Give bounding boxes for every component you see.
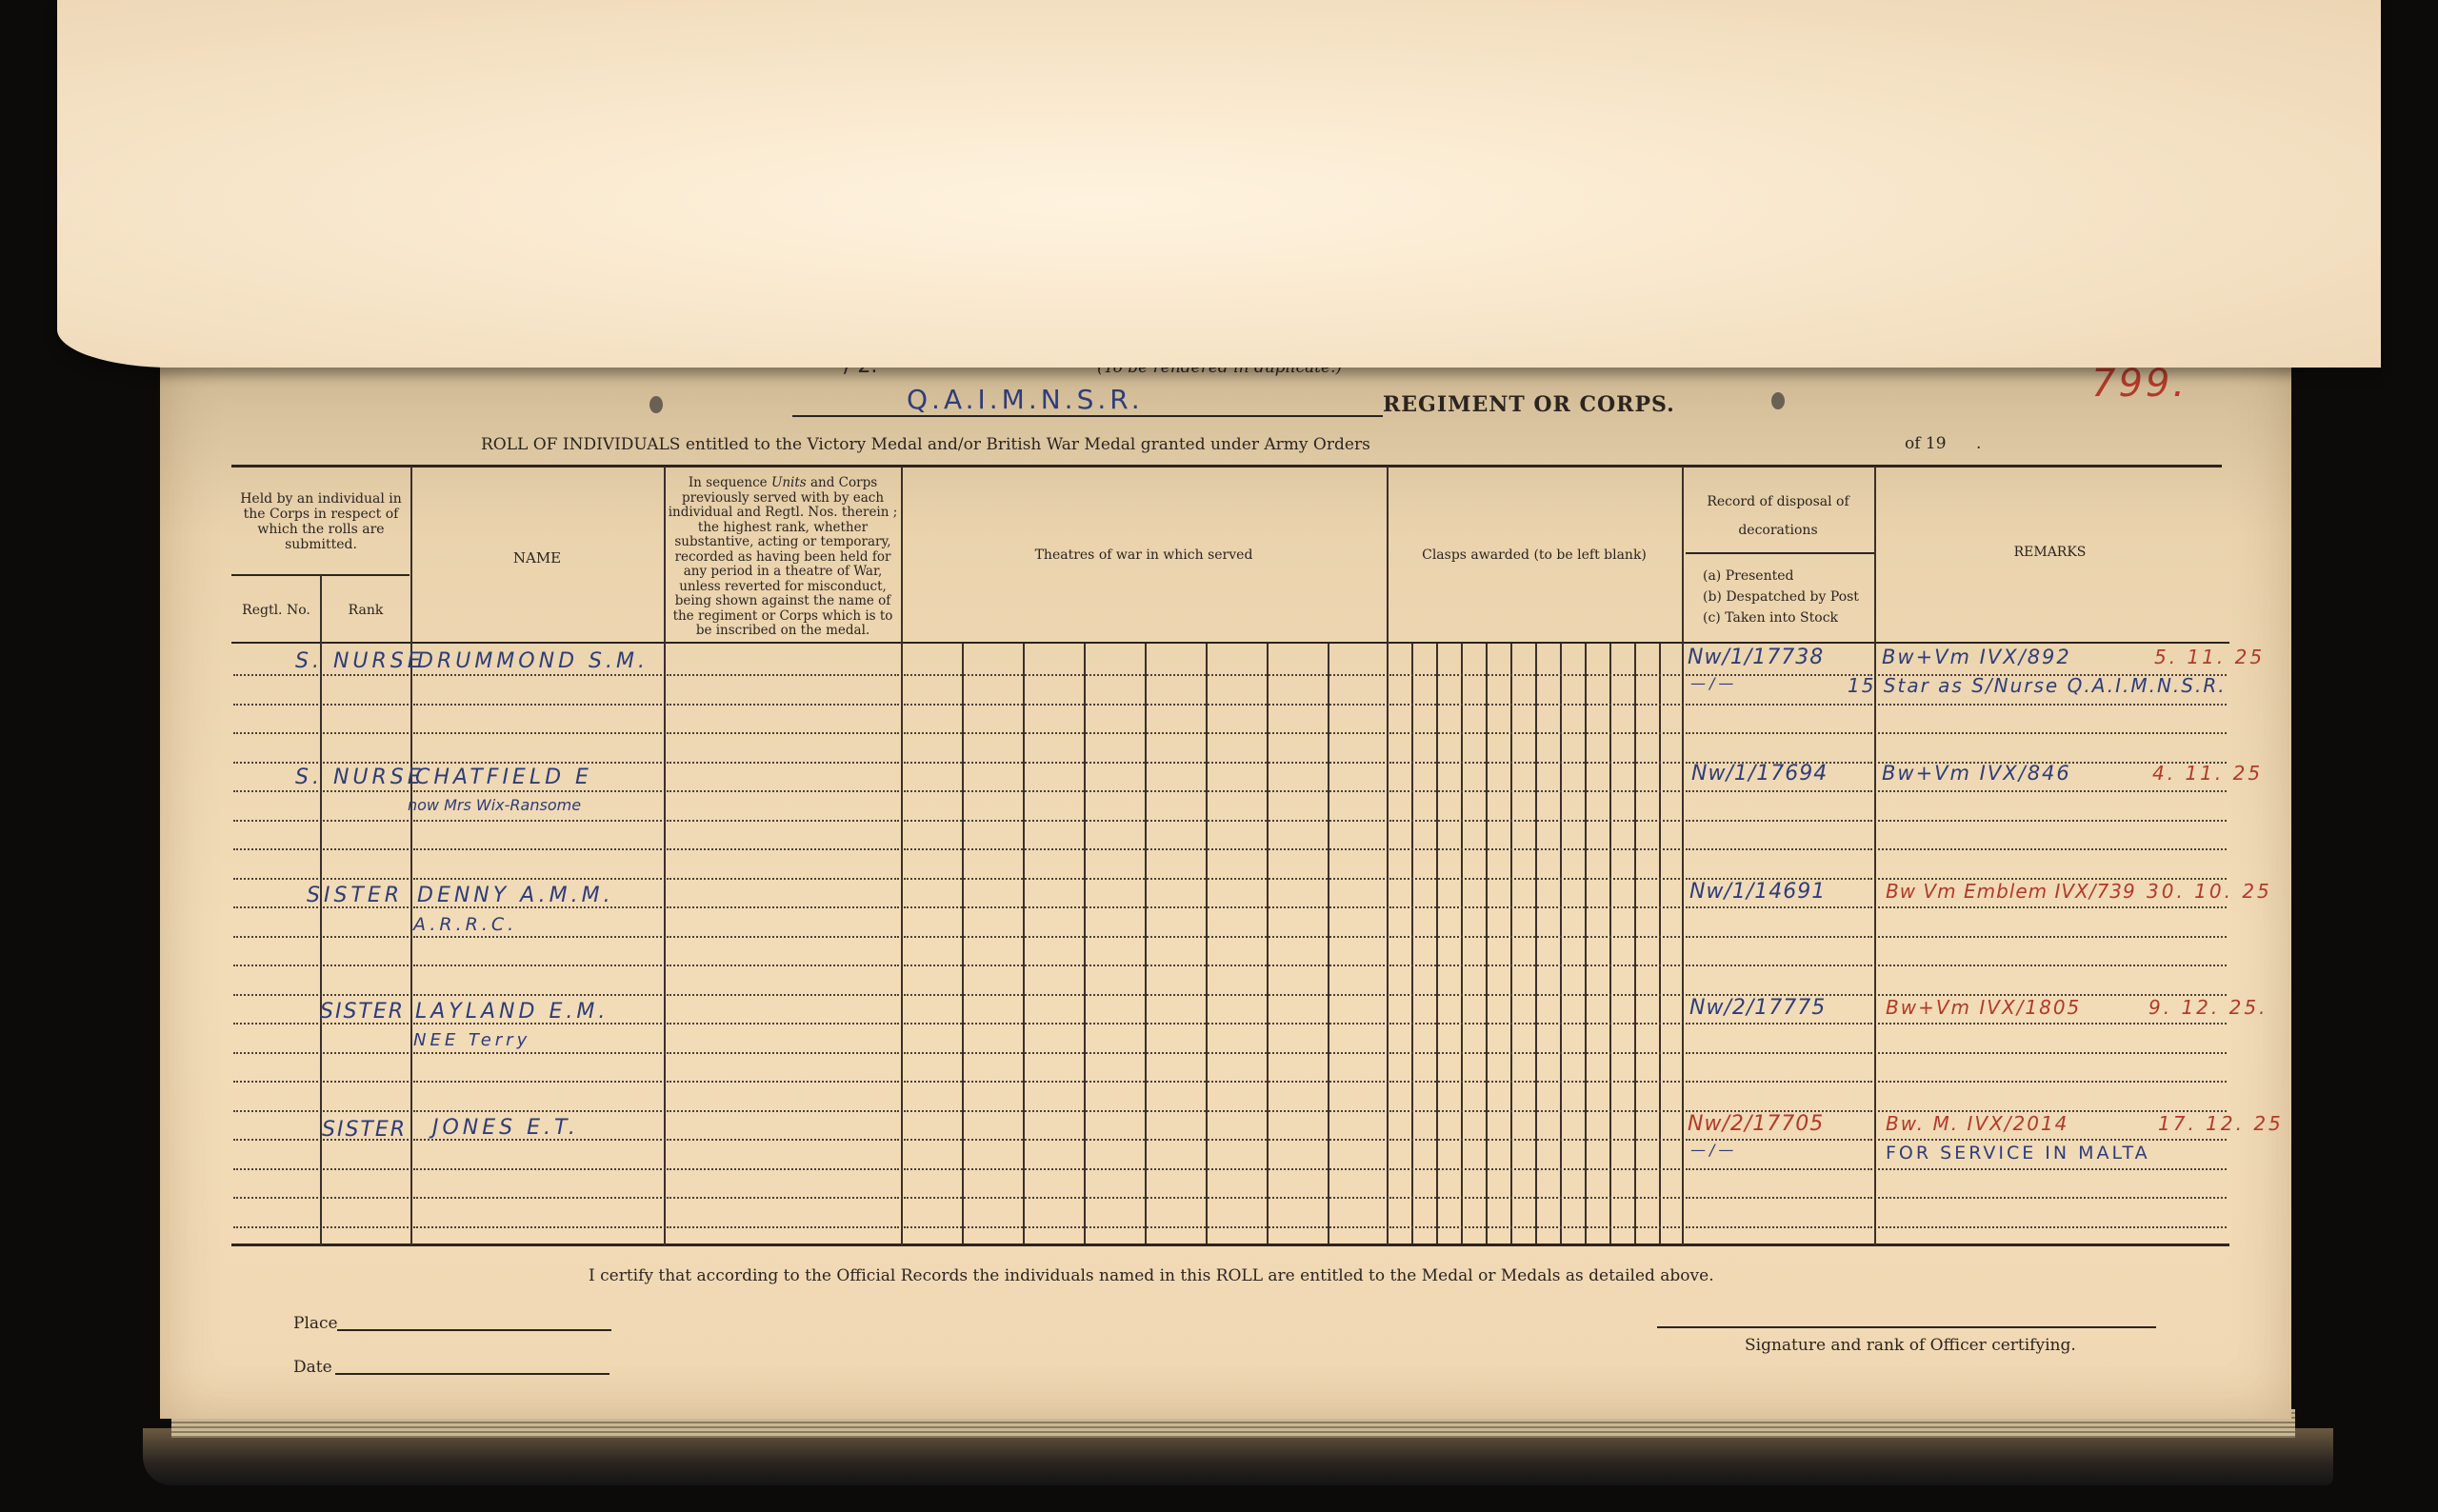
dotted-rule <box>1389 1197 1680 1199</box>
name-cell: LAYLAND E.M. <box>415 1000 609 1024</box>
dotted-rule <box>667 878 899 880</box>
dotted-rule <box>413 1110 662 1112</box>
dotted-rule <box>904 965 1385 966</box>
dotted-rule <box>323 994 409 996</box>
name-note: A.R.R.C. <box>413 914 517 935</box>
disposal-mark: —/— <box>1690 674 1737 692</box>
name-note: now Mrs Wix-Ransome <box>408 796 581 814</box>
remarks-cell: Bw Vm Emblem IVX/739 <box>1886 880 2136 903</box>
name-note: NEE Terry <box>413 1030 530 1050</box>
dotted-rule <box>667 906 899 908</box>
dotted-rule <box>323 704 409 706</box>
dotted-rule <box>1389 1052 1680 1054</box>
dotted-rule <box>413 732 662 734</box>
remarks-date: 17. 12. 25 <box>2158 1112 2284 1135</box>
dotted-rule <box>413 936 662 938</box>
dotted-rule <box>667 820 899 822</box>
dotted-rule <box>233 848 318 850</box>
dotted-rule <box>1878 1226 2227 1228</box>
date-field-line[interactable] <box>335 1373 609 1375</box>
col-line-regtl <box>320 575 322 1245</box>
dotted-rule <box>323 732 409 734</box>
dotted-rule <box>233 1110 318 1112</box>
dotted-rule <box>667 1110 899 1112</box>
col-line-units <box>901 467 903 1245</box>
dotted-rule <box>233 732 318 734</box>
dotted-rule <box>904 1023 1385 1025</box>
dotted-rule <box>233 674 318 676</box>
disposal-cell: Nw/1/17738 <box>1688 646 1824 669</box>
remarks-cell: Bw+Vm IVX/846 <box>1882 762 2071 785</box>
dotted-rule <box>1878 848 2227 850</box>
dotted-rule <box>1878 1023 2227 1025</box>
dotted-rule <box>233 762 318 764</box>
disposal-divider <box>1686 552 1874 554</box>
dotted-rule <box>1878 732 2227 734</box>
dotted-rule <box>1389 704 1680 706</box>
dotted-rule <box>1686 1197 1872 1199</box>
dotted-rule <box>233 1226 318 1228</box>
dotted-rule <box>233 906 318 908</box>
header-units: In sequence Units and Corps previously s… <box>666 476 900 639</box>
remarks-extra: 15 Star as S/Nurse Q.A.I.M.N.S.R. <box>1848 674 2227 697</box>
dotted-rule <box>323 936 409 938</box>
dotted-rule <box>1389 732 1680 734</box>
dotted-rule <box>904 732 1385 734</box>
dotted-rule <box>413 965 662 966</box>
dotted-rule <box>904 906 1385 908</box>
col-line-disposal <box>1874 467 1876 1245</box>
header-theatres: Theatres of war in which served <box>903 547 1385 563</box>
dotted-rule <box>667 1197 899 1199</box>
dotted-rule <box>323 1168 409 1170</box>
dotted-rule <box>1389 1081 1680 1083</box>
dotted-rule <box>1686 1052 1872 1054</box>
disposal-cell: Nw/2/17775 <box>1689 996 1826 1020</box>
dotted-rule <box>904 1226 1385 1228</box>
dotted-rule <box>904 878 1385 880</box>
dotted-rule <box>904 1139 1385 1141</box>
dotted-rule <box>667 1226 899 1228</box>
dotted-rule <box>233 1139 318 1141</box>
dotted-rule <box>323 762 409 764</box>
dotted-rule <box>1389 906 1680 908</box>
dotted-rule <box>1878 820 2227 822</box>
dotted-rule <box>1389 1168 1680 1170</box>
dotted-rule <box>323 674 409 676</box>
header-units-italic: Units <box>771 475 807 490</box>
dotted-rule <box>1389 1023 1680 1025</box>
dotted-rule <box>667 674 899 676</box>
dotted-rule <box>667 848 899 850</box>
dotted-rule <box>1878 1197 2227 1199</box>
dotted-rule <box>904 704 1385 706</box>
name-cell: DRUMMOND S.M. <box>417 649 649 673</box>
header-disposal-title: Record of disposal of decorations <box>1695 487 1861 545</box>
dotted-rule <box>1878 965 2227 966</box>
dotted-rule <box>904 1052 1385 1054</box>
dotted-rule <box>904 790 1385 792</box>
header-units-pre: In sequence <box>689 475 771 490</box>
disposal-option-b: (b) Despatched by Post <box>1703 587 1874 607</box>
dotted-rule <box>1878 936 2227 938</box>
remarks-cell: Bw+Vm IVX/892 <box>1882 646 2071 668</box>
dotted-rule <box>1686 848 1872 850</box>
dotted-rule <box>667 1023 899 1025</box>
dotted-rule <box>233 1168 318 1170</box>
dotted-rule <box>904 674 1385 676</box>
dotted-rule <box>667 994 899 996</box>
disposal-cell: Nw/2/17705 <box>1688 1112 1824 1136</box>
dotted-rule <box>1389 1226 1680 1228</box>
dotted-rule <box>413 762 662 764</box>
dotted-rule <box>233 820 318 822</box>
rank-cell: S. NURSE <box>295 649 425 673</box>
dotted-rule <box>323 1081 409 1083</box>
dotted-rule <box>233 1197 318 1199</box>
dotted-rule <box>904 820 1385 822</box>
dotted-rule <box>1686 704 1872 706</box>
dotted-rule <box>667 790 899 792</box>
dotted-rule <box>1878 1168 2227 1170</box>
dotted-rule <box>413 1197 662 1199</box>
dotted-rule <box>904 994 1385 996</box>
header-bottom-rule <box>231 642 2229 644</box>
place-label: Place <box>293 1314 338 1333</box>
dotted-rule <box>1389 936 1680 938</box>
dotted-rule <box>323 1197 409 1199</box>
dotted-rule <box>413 994 662 996</box>
dotted-rule <box>1389 1110 1680 1112</box>
dotted-rule <box>413 878 662 880</box>
dotted-rule <box>1686 1023 1872 1025</box>
name-cell: JONES E.T. <box>432 1116 579 1140</box>
dotted-rule <box>323 848 409 850</box>
remarks-date: 30. 10. 25 <box>2147 880 2272 903</box>
dotted-rule <box>667 965 899 966</box>
dotted-rule <box>233 994 318 996</box>
place-field-line[interactable] <box>337 1329 611 1331</box>
remarks-date: 9. 12. 25. <box>2148 996 2268 1019</box>
signature-label: Signature and rank of Officer certifying… <box>1745 1336 2076 1355</box>
rank-cell: SISTER <box>322 1118 407 1142</box>
lifted-page <box>57 0 2381 368</box>
dotted-rule <box>233 1023 318 1025</box>
disposal-cell: Nw/1/14691 <box>1689 880 1826 904</box>
dotted-rule <box>233 790 318 792</box>
header-held-by: Held by an individual in the Corps in re… <box>233 491 409 552</box>
rank-cell: SISTER <box>320 1000 405 1024</box>
dotted-rule <box>667 1168 899 1170</box>
dotted-rule <box>1878 1081 2227 1083</box>
dotted-rule <box>667 762 899 764</box>
dotted-rule <box>413 790 662 792</box>
dotted-rule <box>1686 1081 1872 1083</box>
header-remarks: REMARKS <box>1876 545 2224 560</box>
dotted-rule <box>1389 848 1680 850</box>
dotted-rule <box>413 704 662 706</box>
dotted-rule <box>904 1197 1385 1199</box>
remarks-date: 5. 11. 25 <box>2154 646 2265 668</box>
dotted-rule <box>413 1081 662 1083</box>
dotted-rule <box>233 704 318 706</box>
name-cell: CHATFIELD E <box>415 766 592 789</box>
dotted-rule <box>413 1226 662 1228</box>
col-line-rank <box>410 467 412 1245</box>
col-line-clasps <box>1682 467 1684 1245</box>
header-clasps: Clasps awarded (to be left blank) <box>1389 547 1680 563</box>
dotted-rule <box>323 878 409 880</box>
dotted-rule <box>1686 1168 1872 1170</box>
dotted-rule <box>233 936 318 938</box>
dotted-rule <box>323 965 409 966</box>
signature-field-line[interactable] <box>1657 1326 2156 1328</box>
dotted-rule <box>323 1052 409 1054</box>
dotted-rule <box>1389 1139 1680 1141</box>
dotted-rule <box>1878 790 2227 792</box>
dotted-rule <box>904 762 1385 764</box>
dotted-rule <box>323 790 409 792</box>
dotted-rule <box>1389 790 1680 792</box>
dotted-rule <box>904 1168 1385 1170</box>
remarks-date: 4. 11. 25 <box>2152 762 2263 785</box>
dotted-rule <box>667 704 899 706</box>
disposal-mark: —/— <box>1690 1141 1737 1159</box>
dotted-rule <box>323 820 409 822</box>
disposal-option-c: (c) Taken into Stock <box>1703 607 1874 628</box>
dotted-rule <box>1686 906 1872 908</box>
col-line-theatres <box>1387 467 1389 1245</box>
date-label: Date <box>293 1358 332 1377</box>
header-name: NAME <box>412 550 662 566</box>
header-regtl-no: Regtl. No. <box>233 603 319 618</box>
dotted-rule <box>1878 906 2227 908</box>
dotted-rule <box>233 1052 318 1054</box>
dotted-rule <box>1389 994 1680 996</box>
dotted-rule <box>323 1226 409 1228</box>
disposal-option-a: (a) Presented <box>1703 566 1874 587</box>
header-disposal-options: (a) Presented (b) Despatched by Post (c)… <box>1703 566 1874 628</box>
dotted-rule <box>413 674 662 676</box>
table-bottom-rule <box>231 1243 2229 1246</box>
dotted-rule <box>1389 965 1680 966</box>
dotted-rule <box>1878 1139 2227 1141</box>
dotted-rule <box>1686 732 1872 734</box>
dotted-rule <box>904 848 1385 850</box>
header-rank: Rank <box>322 603 410 618</box>
dotted-rule <box>413 848 662 850</box>
dotted-rule <box>323 1110 409 1112</box>
dotted-rule <box>233 878 318 880</box>
dotted-rule <box>1686 965 1872 966</box>
rank-cell: SISTER <box>307 884 403 907</box>
dotted-rule <box>1686 820 1872 822</box>
dotted-rule <box>667 936 899 938</box>
dotted-rule <box>233 1081 318 1083</box>
dotted-rule <box>667 1139 899 1141</box>
header-units-post: and Corps previously served with by each… <box>669 475 898 638</box>
dotted-rule <box>904 1110 1385 1112</box>
dotted-rule <box>1389 762 1680 764</box>
dotted-rule <box>413 1168 662 1170</box>
disposal-cell: Nw/1/17694 <box>1691 762 1828 786</box>
dotted-rule <box>667 1081 899 1083</box>
remarks-extra: FOR SERVICE IN MALTA <box>1886 1143 2150 1164</box>
dotted-rule <box>233 965 318 966</box>
dotted-rule <box>1389 878 1680 880</box>
dotted-rule <box>413 1052 662 1054</box>
dotted-rule <box>1686 936 1872 938</box>
dotted-rule <box>667 732 899 734</box>
dotted-rule <box>904 936 1385 938</box>
dotted-rule <box>1878 1052 2227 1054</box>
dotted-rule <box>1686 790 1872 792</box>
dotted-rule <box>904 1081 1385 1083</box>
dotted-rule <box>1878 704 2227 706</box>
dotted-rule <box>1686 1226 1872 1228</box>
remarks-cell: Bw+Vm IVX/1805 <box>1886 996 2081 1019</box>
rank-cell: S. NURSE <box>295 766 425 789</box>
remarks-cell: Bw. M. IVX/2014 <box>1886 1112 2068 1135</box>
name-cell: DENNY A.M.M. <box>417 884 614 907</box>
dotted-rule <box>413 820 662 822</box>
table-top-rule <box>231 465 2222 468</box>
dotted-rule <box>667 1052 899 1054</box>
dotted-rule <box>1389 674 1680 676</box>
dotted-rule <box>1389 820 1680 822</box>
certification-text: I certify that according to the Official… <box>589 1266 1714 1285</box>
